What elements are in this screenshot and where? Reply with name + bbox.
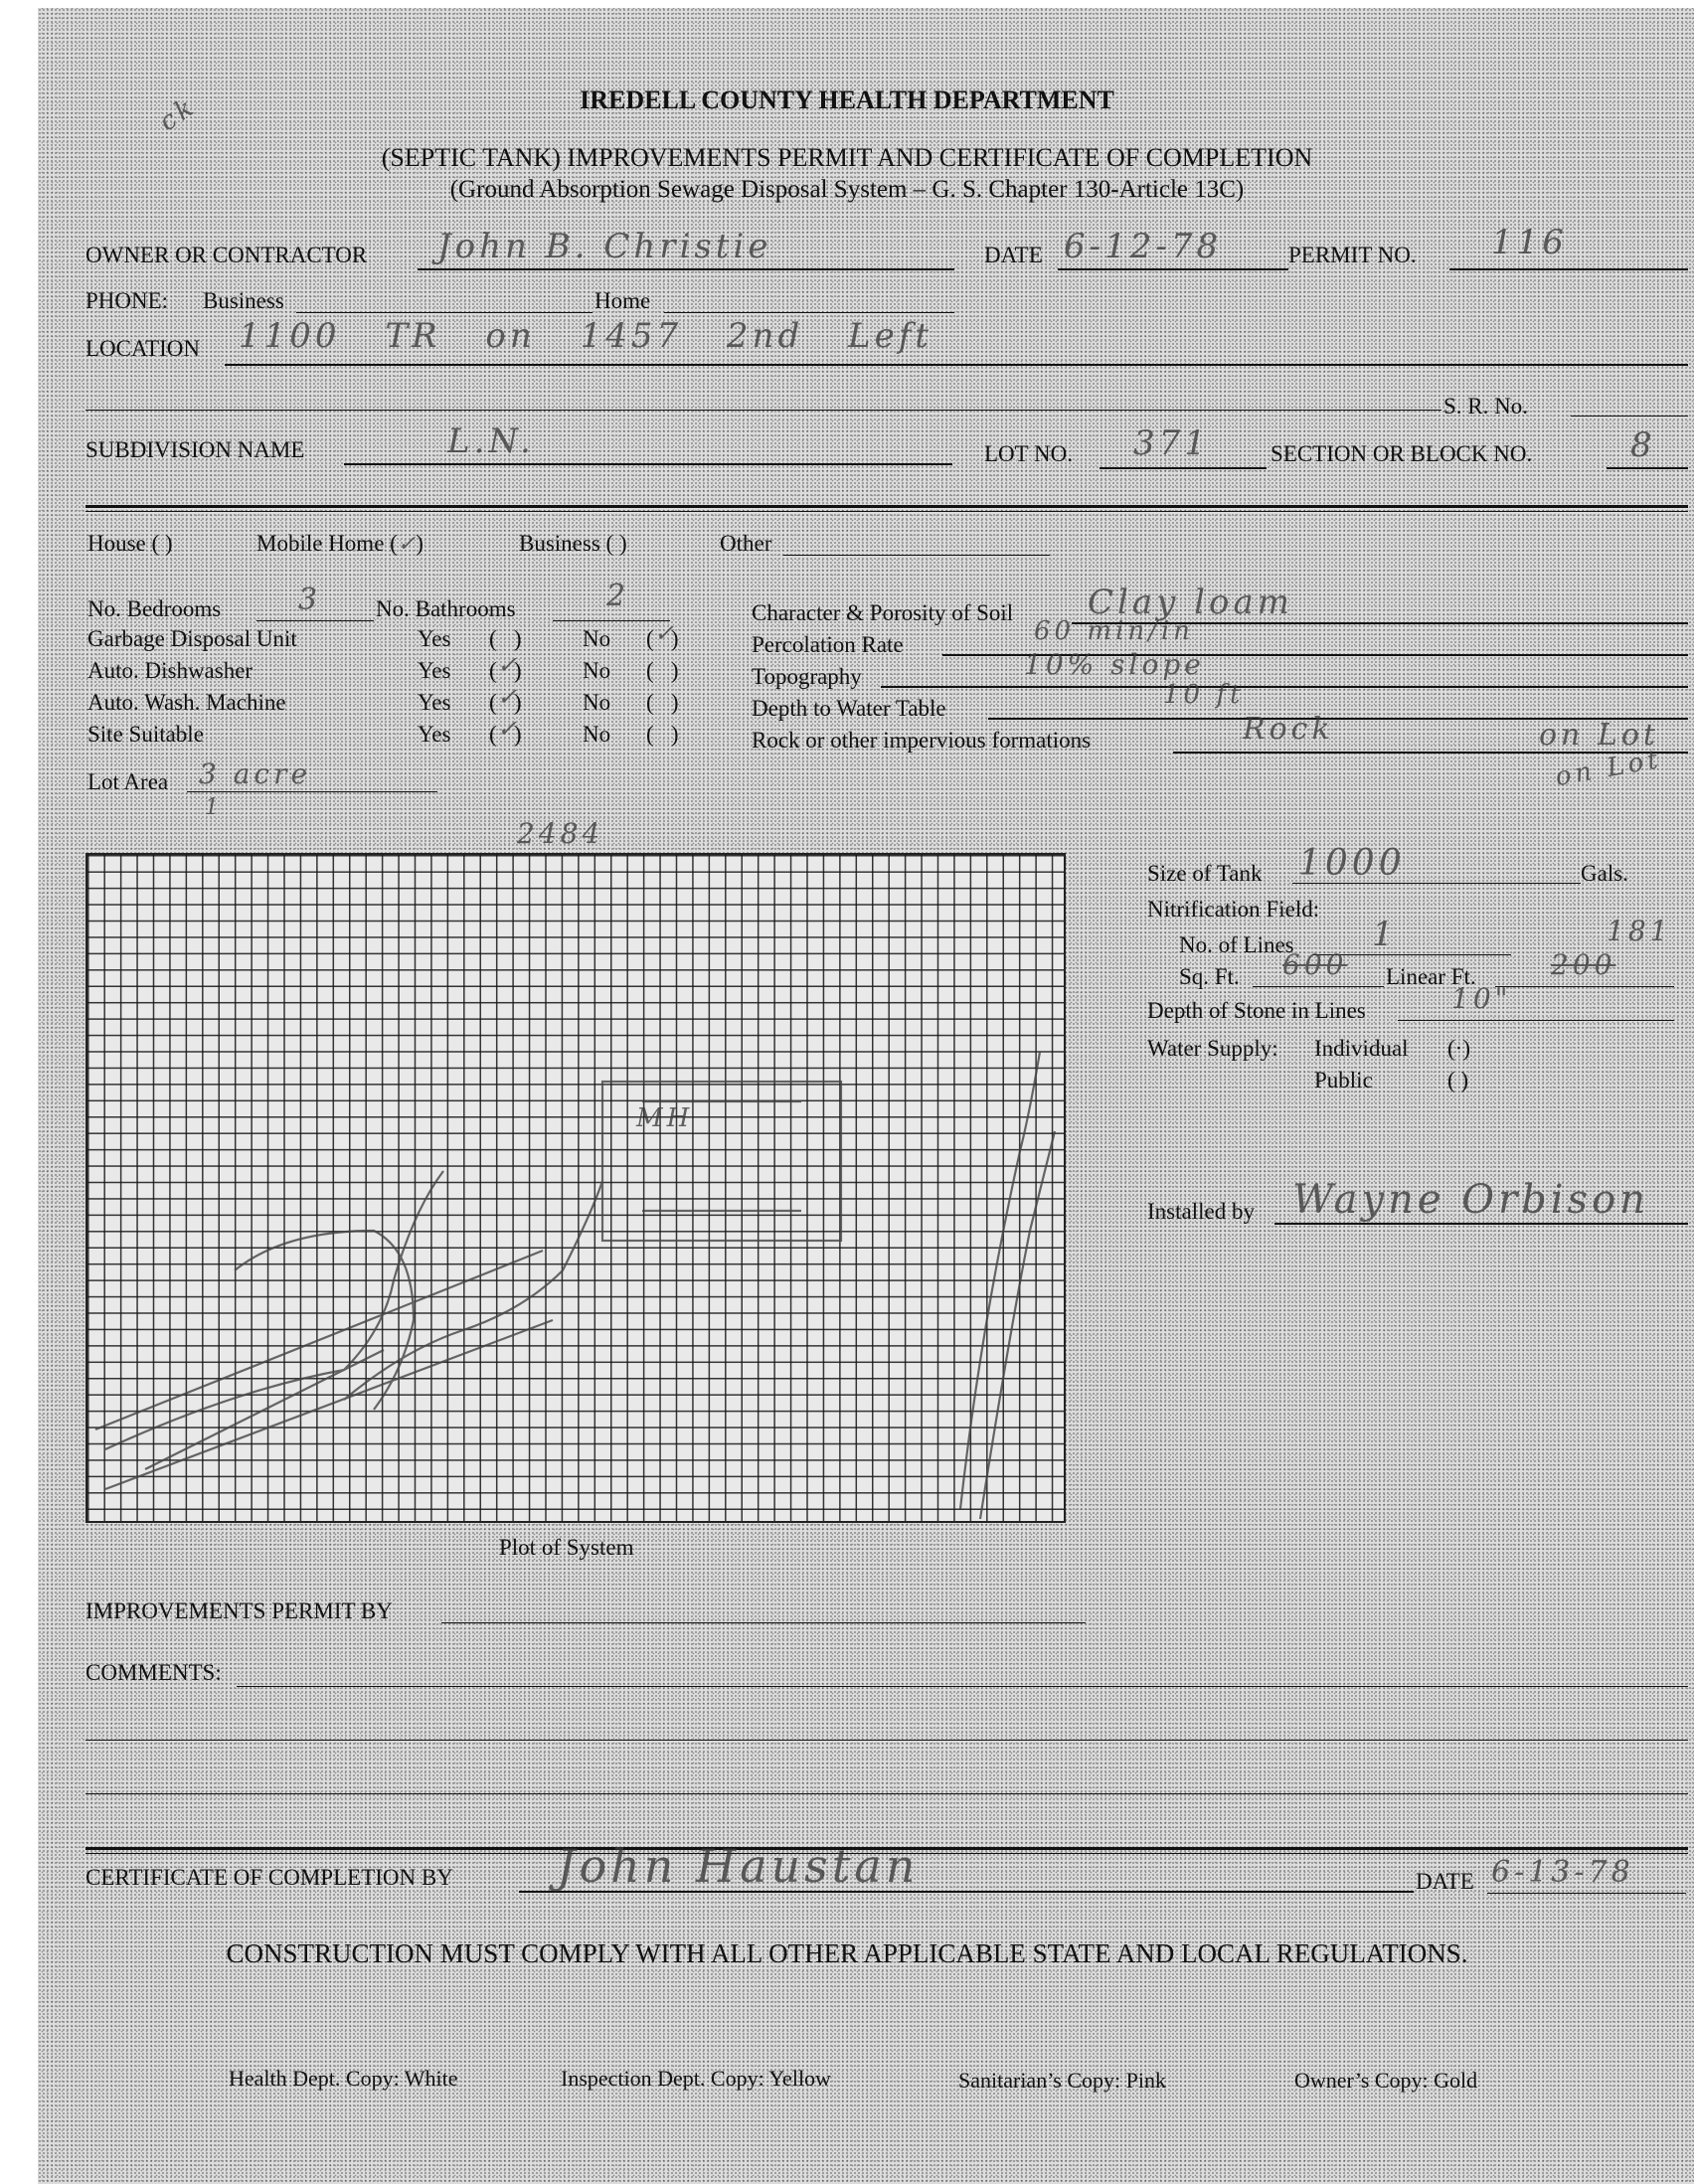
section-field[interactable]: 8	[1630, 425, 1656, 465]
mobile-home-option[interactable]: Mobile Home (✓)	[256, 531, 423, 558]
lot-no-label: LOT NO.	[984, 441, 1073, 467]
location-line2-field[interactable]	[85, 410, 1441, 411]
yes-label: Yes	[418, 658, 450, 684]
sqft-line	[1253, 986, 1384, 987]
water-table-field[interactable]: 10 ft	[1163, 680, 1244, 710]
tank-size-label: Size of Tank	[1147, 861, 1263, 887]
topography-label: Topography	[752, 664, 862, 690]
owner-label: OWNER OR CONTRACTOR	[85, 243, 367, 268]
linear-ft-field[interactable]: 200	[1551, 948, 1615, 981]
lot-area-label: Lot Area	[87, 769, 168, 795]
bathrooms-field[interactable]: 2	[606, 579, 629, 613]
check-icon: ✓	[654, 620, 674, 646]
water-public-label: Public	[1314, 1068, 1373, 1093]
permit-no-line	[1449, 268, 1688, 270]
permit-no-label: PERMIT NO.	[1288, 243, 1417, 268]
tank-size-field[interactable]: 1000	[1298, 843, 1406, 884]
fixture-label: Auto. Dishwasher	[87, 658, 253, 684]
installed-by-field[interactable]: Wayne Orbison	[1292, 1177, 1649, 1223]
plot-caption: Plot of System	[499, 1535, 633, 1561]
fixture-label: Site Suitable	[87, 722, 204, 748]
plot-house-label: MH	[636, 1103, 693, 1133]
perc-rate-label: Percolation Rate	[752, 632, 904, 658]
copy-health: Health Dept. Copy: White	[229, 2066, 458, 2092]
fixture-label: Garbage Disposal Unit	[87, 626, 297, 652]
yes-checkbox[interactable]: ( )	[489, 626, 522, 652]
permit-by-label: IMPROVEMENTS PERMIT BY	[85, 1598, 393, 1624]
permit-by-field[interactable]	[441, 1622, 1086, 1623]
other-label: Other	[720, 531, 771, 557]
cert-date-field[interactable]: 6-13-78	[1491, 1855, 1634, 1890]
no-of-lines-label: No. of Lines	[1179, 932, 1294, 958]
yes-checkbox[interactable]: ( )✓	[489, 690, 522, 716]
subdivision-field[interactable]: L.N.	[447, 421, 535, 461]
permit-no-field[interactable]: 116	[1491, 223, 1568, 262]
comments-line-3[interactable]	[85, 1793, 1688, 1794]
soil-porosity-label: Character & Porosity of Soil	[752, 600, 1013, 626]
water-supply-label: Water Supply:	[1147, 1036, 1278, 1062]
location-label: LOCATION	[85, 336, 200, 362]
copy-sanitarian: Sanitarian’s Copy: Pink	[958, 2068, 1166, 2094]
bathrooms-line	[553, 620, 670, 621]
section-line	[1607, 467, 1688, 469]
no-label: No	[583, 626, 610, 652]
stone-depth-field[interactable]: 10"	[1451, 982, 1512, 1015]
date-label: DATE	[984, 243, 1043, 268]
sqft-label: Sq. Ft.	[1179, 964, 1240, 990]
no-of-lines-note: 181	[1607, 915, 1671, 947]
water-individual-radio[interactable]: (·)	[1447, 1036, 1470, 1062]
lot-area-note: 1	[205, 795, 223, 820]
yes-label: Yes	[418, 690, 450, 716]
sr-no-label: S. R. No.	[1443, 394, 1528, 420]
check-icon: ✓	[497, 716, 517, 742]
copy-owner: Owner’s Copy: Gold	[1294, 2068, 1477, 2094]
owner-field[interactable]: John B. Christie	[437, 227, 771, 266]
check-icon: ✓	[497, 684, 517, 710]
cert-date-label: DATE	[1416, 1869, 1474, 1895]
phone-business-field[interactable]	[296, 312, 593, 313]
yes-label: Yes	[418, 722, 450, 748]
other-field[interactable]	[783, 555, 1050, 556]
owner-field-line	[418, 268, 954, 270]
installed-by-label: Installed by	[1147, 1199, 1255, 1225]
lot-area-field[interactable]: 3 acre	[199, 757, 311, 790]
regulations-notice: CONSTRUCTION MUST COMPLY WITH ALL OTHER …	[0, 1938, 1694, 1969]
phone-home-label: Home	[594, 288, 650, 314]
no-label: No	[583, 658, 610, 684]
section-divider	[85, 505, 1688, 508]
section-divider-2	[85, 511, 1688, 512]
mobile-home-label: Mobile Home (	[256, 531, 398, 556]
no-checkbox[interactable]: ( )	[646, 722, 679, 748]
business-option[interactable]: Business ( )	[519, 531, 627, 557]
no-checkbox[interactable]: ( )✓	[646, 626, 679, 652]
form-subtitle: (Ground Absorption Sewage Disposal Syste…	[0, 176, 1694, 204]
location-field[interactable]: 1100 TR on 1457 2nd Left	[239, 316, 932, 356]
plot-top-note: 2484	[517, 817, 603, 850]
water-table-label: Depth to Water Table	[752, 696, 946, 722]
no-label: No	[583, 722, 610, 748]
date-field-line	[1058, 268, 1288, 270]
linear-ft-line	[1495, 986, 1674, 987]
copy-inspection: Inspection Dept. Copy: Yellow	[561, 2066, 831, 2092]
installed-by-line	[1274, 1223, 1688, 1225]
yes-checkbox[interactable]: ( )✓	[489, 658, 522, 684]
subdivision-label: SUBDIVISION NAME	[85, 437, 304, 463]
check-icon: ✓	[398, 532, 416, 557]
fixture-label: Auto. Wash. Machine	[87, 690, 286, 716]
check-icon: ✓	[497, 652, 517, 678]
cert-date-line	[1487, 1893, 1686, 1894]
house-option[interactable]: House ( )	[87, 531, 173, 557]
lot-no-line	[1100, 467, 1267, 469]
form-title: (SEPTIC TANK) IMPROVEMENTS PERMIT AND CE…	[0, 143, 1694, 173]
no-checkbox[interactable]: ( )	[646, 658, 679, 684]
plot-grid[interactable]	[85, 853, 1066, 1523]
comments-label: COMMENTS:	[85, 1660, 222, 1686]
rock-label: Rock or other impervious formations	[752, 728, 1091, 754]
phone-label: PHONE:	[85, 288, 168, 314]
mobile-home-close: )	[416, 531, 423, 556]
section-label: SECTION OR BLOCK NO.	[1270, 441, 1532, 467]
bedrooms-field[interactable]: 3	[298, 583, 321, 617]
yes-checkbox[interactable]: ( )✓	[489, 722, 522, 748]
bedrooms-label: No. Bedrooms	[87, 596, 221, 622]
lot-no-field[interactable]: 371	[1133, 423, 1210, 463]
cert-by-label: CERTIFICATE OF COMPLETION BY	[85, 1865, 453, 1891]
bathrooms-label: No. Bathrooms	[376, 596, 516, 622]
department-title: IREDELL COUNTY HEALTH DEPARTMENT	[0, 85, 1694, 115]
no-of-lines-field[interactable]: 1	[1372, 915, 1398, 954]
topography-field[interactable]: 10% slope	[1024, 648, 1205, 681]
rock-field[interactable]: Rock	[1243, 712, 1334, 747]
no-label: No	[583, 690, 610, 716]
subdivision-field-line	[344, 463, 952, 465]
stone-depth-label: Depth of Stone in Lines	[1147, 998, 1366, 1024]
phone-business-label: Business	[203, 288, 284, 314]
sqft-field[interactable]: 600	[1282, 948, 1347, 981]
sr-no-field[interactable]	[1571, 416, 1688, 417]
bedrooms-line	[256, 620, 374, 621]
comments-line-2[interactable]	[85, 1740, 1688, 1741]
cert-by-signature[interactable]: John Haustan	[557, 1839, 919, 1893]
no-checkbox[interactable]: ( )	[646, 690, 679, 716]
yes-label: Yes	[418, 626, 450, 652]
phone-home-field[interactable]	[664, 312, 954, 313]
date-field[interactable]: 6-12-78	[1064, 227, 1222, 266]
nitrification-label: Nitrification Field:	[1147, 897, 1319, 923]
location-field-line	[225, 364, 1688, 366]
perc-rate-field[interactable]: 60 min/in	[1034, 616, 1194, 646]
lot-area-line	[187, 791, 437, 792]
water-individual-label: Individual	[1314, 1036, 1409, 1062]
topography-line	[881, 686, 1688, 688]
water-public-radio[interactable]: ( )	[1447, 1068, 1468, 1093]
comments-line-1[interactable]	[237, 1686, 1688, 1687]
stone-depth-line	[1398, 1020, 1674, 1021]
tank-size-unit: Gals.	[1581, 861, 1628, 887]
